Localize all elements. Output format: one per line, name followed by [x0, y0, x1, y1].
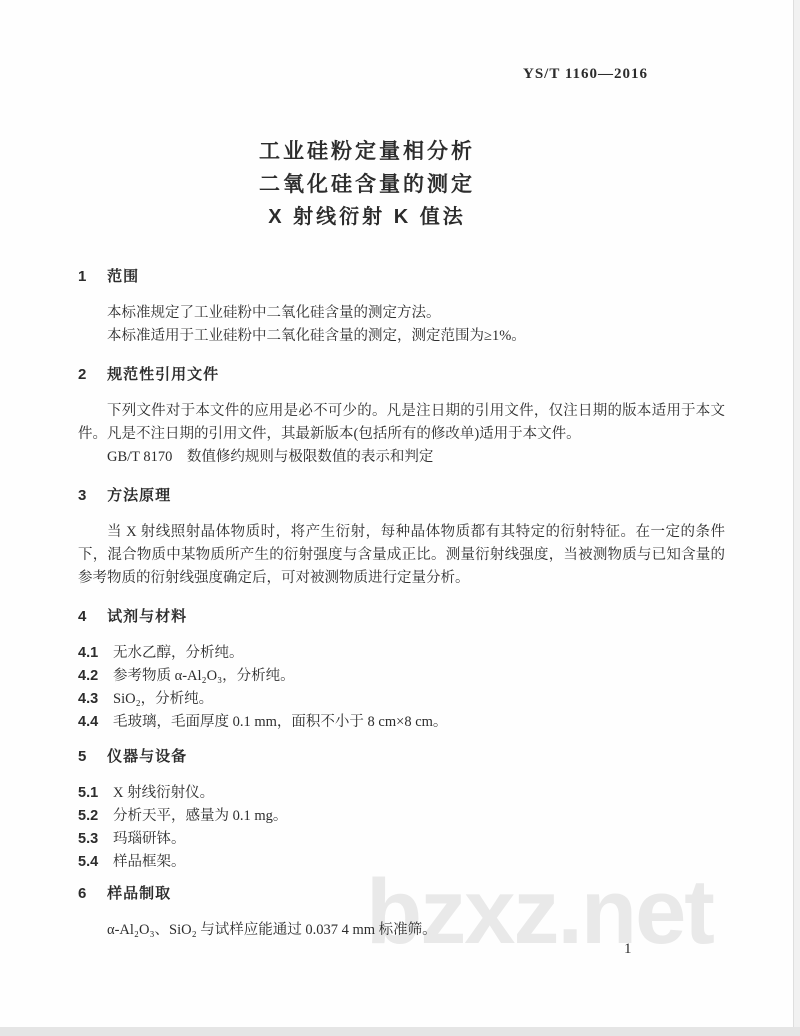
section-scope: 1 范围 本标准规定了工业硅粉中二氧化硅含量的测定方法。 本标准适用于工业硅粉中…	[78, 265, 725, 348]
clause-text: X 射线衍射仪。	[113, 782, 725, 805]
clause-text: 参考物质 α-Al₂O₃，分析纯。	[113, 665, 725, 688]
paragraph: 本标准适用于工业硅粉中二氧化硅含量的测定，测定范围为≥1%。	[78, 325, 725, 348]
clause-item: 4.3 SiO₂，分析纯。	[78, 688, 725, 711]
section-normative-references: 2 规范性引用文件 下列文件对于本文件的应用是必不可少的。凡是注日期的引用文件，…	[78, 363, 725, 469]
section-number: 5	[78, 745, 90, 768]
title-line-1: 工业硅粉定量相分析	[0, 135, 734, 168]
clause-text: SiO₂，分析纯。	[113, 688, 725, 711]
clause-item: 5.4 样品框架。	[78, 851, 725, 874]
document-page: bzxz.net YS/T 1160—2016 工业硅粉定量相分析 二氧化硅含量…	[0, 0, 800, 1036]
section-number: 6	[78, 882, 90, 905]
clause-number: 4.1	[78, 642, 113, 665]
clause-item: 5.3 玛瑙研钵。	[78, 828, 725, 851]
clause-number: 5.1	[78, 782, 113, 805]
clause-number: 4.3	[78, 688, 113, 711]
clause-text: 分析天平，感量为 0.1 mg。	[113, 805, 725, 828]
paragraph: 下列文件对于本文件的应用是必不可少的。凡是注日期的引用文件，仅注日期的版本适用于…	[78, 400, 725, 446]
clause-number: 4.2	[78, 665, 113, 688]
section-heading: 1 范围	[78, 265, 725, 288]
section-number: 4	[78, 605, 90, 628]
section-title: 样品制取	[107, 885, 171, 902]
section-number: 1	[78, 265, 90, 288]
section-number: 3	[78, 484, 90, 507]
page-edge-bottom	[0, 1027, 800, 1036]
clause-item: 5.1 X 射线衍射仪。	[78, 782, 725, 805]
clause-item: 4.2 参考物质 α-Al₂O₃，分析纯。	[78, 665, 725, 688]
clause-item: 4.1 无水乙醇，分析纯。	[78, 642, 725, 665]
section-heading: 2 规范性引用文件	[78, 363, 725, 386]
page-number: 1	[624, 941, 632, 958]
clause-number: 5.4	[78, 851, 113, 874]
paragraph: α-Al₂O₃、SiO₂ 与试样应能通过 0.037 4 mm 标准筛。	[78, 919, 725, 942]
paragraph: 当 X 射线照射晶体物质时，将产生衍射，每种晶体物质都有其特定的衍射特征。在一定…	[78, 521, 725, 590]
section-number: 2	[78, 363, 90, 386]
document-title: 工业硅粉定量相分析 二氧化硅含量的测定 X 射线衍射 K 值法	[0, 135, 734, 234]
clause-text: 样品框架。	[113, 851, 725, 874]
section-title: 范围	[107, 268, 139, 285]
clause-item: 4.4 毛玻璃，毛面厚度 0.1 mm，面积不小于 8 cm×8 cm。	[78, 711, 725, 734]
section-heading: 5 仪器与设备	[78, 745, 725, 768]
section-title: 规范性引用文件	[107, 366, 219, 383]
title-line-3: X 射线衍射 K 值法	[0, 201, 734, 234]
document-body: 1 范围 本标准规定了工业硅粉中二氧化硅含量的测定方法。 本标准适用于工业硅粉中…	[0, 265, 800, 942]
clause-text: 玛瑙研钵。	[113, 828, 725, 851]
paragraph: 本标准规定了工业硅粉中二氧化硅含量的测定方法。	[78, 302, 725, 325]
clause-text: 毛玻璃，毛面厚度 0.1 mm，面积不小于 8 cm×8 cm。	[113, 711, 725, 734]
section-title: 仪器与设备	[107, 748, 187, 765]
section-instruments-equipment: 5 仪器与设备 5.1 X 射线衍射仪。 5.2 分析天平，感量为 0.1 mg…	[78, 745, 725, 874]
section-title: 方法原理	[107, 487, 171, 504]
section-heading: 6 样品制取	[78, 882, 725, 905]
section-reagents-materials: 4 试剂与材料 4.1 无水乙醇，分析纯。 4.2 参考物质 α-Al₂O₃，分…	[78, 605, 725, 734]
section-title: 试剂与材料	[107, 608, 187, 625]
clause-item: 5.2 分析天平，感量为 0.1 mg。	[78, 805, 725, 828]
section-heading: 4 试剂与材料	[78, 605, 725, 628]
title-line-2: 二氧化硅含量的测定	[0, 168, 734, 201]
section-sample-preparation: 6 样品制取 α-Al₂O₃、SiO₂ 与试样应能通过 0.037 4 mm 标…	[78, 882, 725, 942]
clause-number: 5.3	[78, 828, 113, 851]
section-heading: 3 方法原理	[78, 484, 725, 507]
page-edge-right	[793, 0, 800, 1036]
clause-text: 无水乙醇，分析纯。	[113, 642, 725, 665]
clause-number: 4.4	[78, 711, 113, 734]
reference-entry: GB/T 8170 数值修约规则与极限数值的表示和判定	[78, 446, 725, 469]
section-method-principle: 3 方法原理 当 X 射线照射晶体物质时，将产生衍射，每种晶体物质都有其特定的衍…	[78, 484, 725, 590]
standard-code: YS/T 1160—2016	[0, 0, 800, 83]
clause-number: 5.2	[78, 805, 113, 828]
